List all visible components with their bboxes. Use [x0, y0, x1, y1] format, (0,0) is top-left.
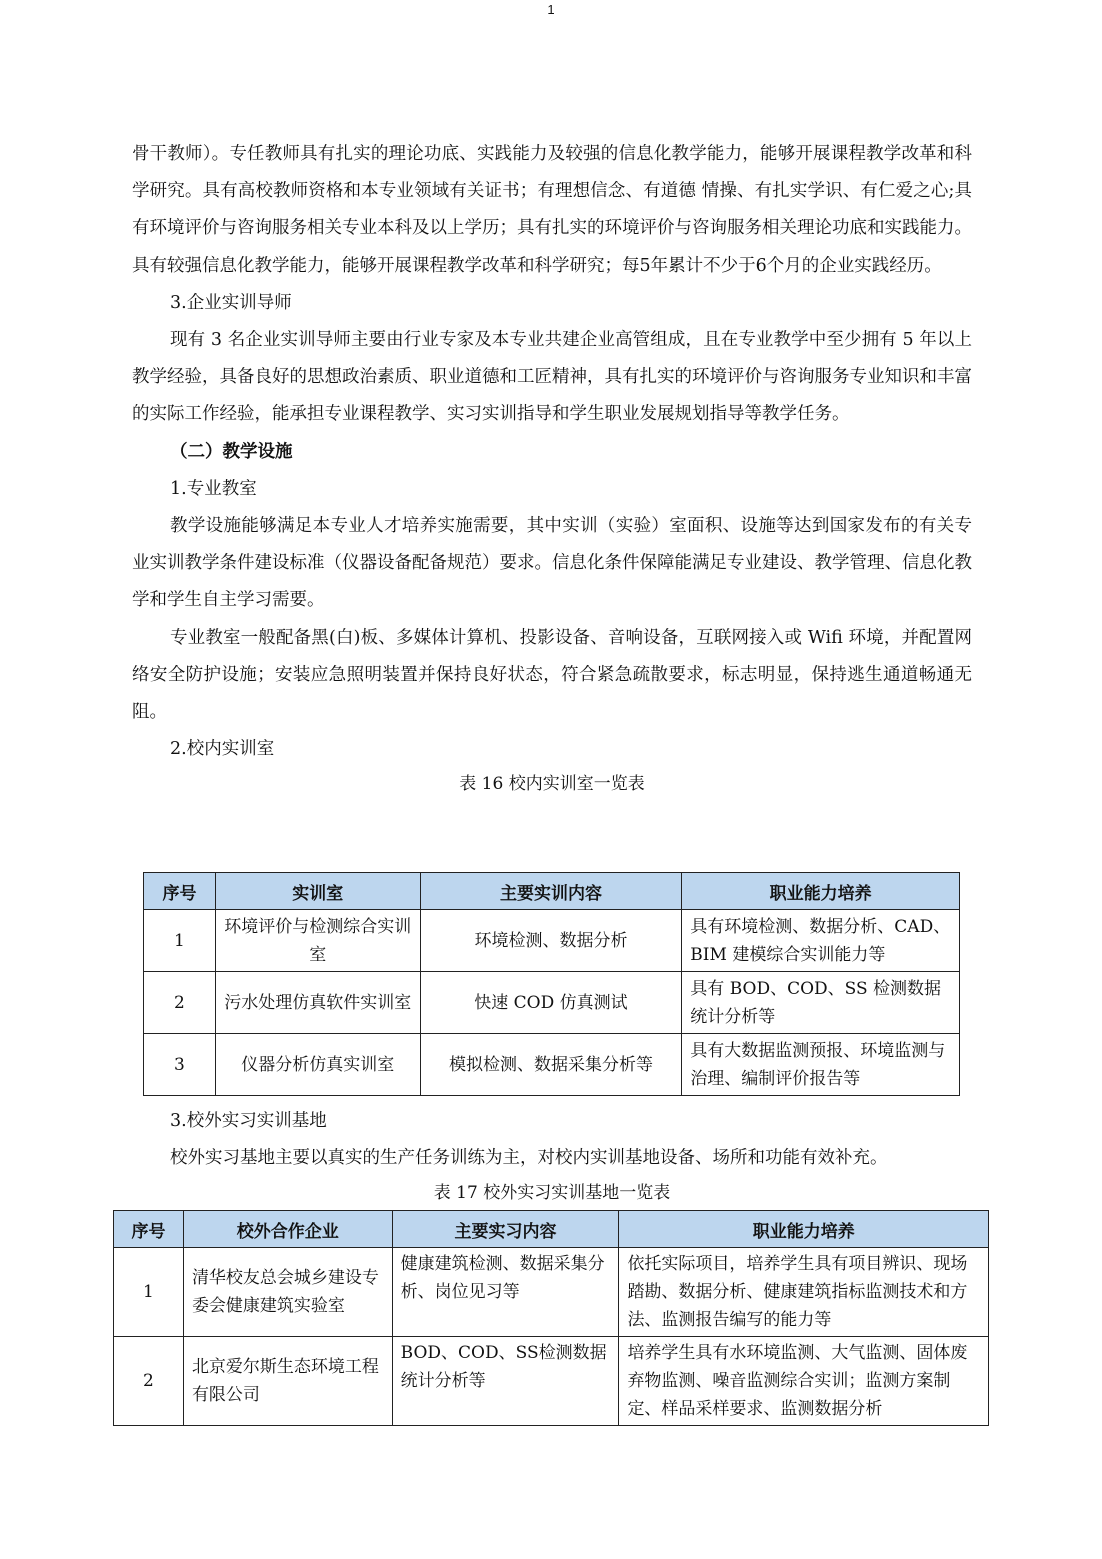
- cell-content: BOD、COD、SS检测数据统计分析等: [392, 1337, 619, 1426]
- table-row: 1 清华校友总会城乡建设专委会健康建筑实验室 健康建筑检测、数据采集分析、岗位见…: [114, 1248, 989, 1337]
- cell-lab: 环境评价与检测综合实训室: [215, 910, 420, 972]
- cell-index: 3: [144, 1034, 216, 1096]
- cell-company: 北京爱尔斯生态环境工程有限公司: [183, 1337, 392, 1426]
- cell-index: 1: [114, 1248, 184, 1337]
- column-header: 校外合作企业: [183, 1211, 392, 1248]
- column-header: 主要实习内容: [392, 1211, 619, 1248]
- paragraph-classroom-equipment: 专业教室一般配备黑(白)板、多媒体计算机、投影设备、音响设备，互联网接入或 Wi…: [132, 620, 972, 732]
- column-header: 序号: [114, 1211, 184, 1248]
- table-oncampus-labs: 序号 实训室 主要实训内容 职业能力培养 1 环境评价与检测综合实训室 环境检测…: [143, 872, 960, 1096]
- column-header: 职业能力培养: [619, 1211, 989, 1248]
- table-row: 2 污水处理仿真软件实训室 快速 COD 仿真测试 具有 BOD、COD、SS …: [144, 972, 960, 1034]
- paragraph-facilities: 教学设施能够满足本专业人才培养实施需要，其中实训（实验）室面积、设施等达到国家发…: [132, 508, 972, 620]
- paragraph-offcampus-base: 校外实习基地主要以真实的生产任务训练为主，对校内实训基地设备、场所和功能有效补充…: [132, 1140, 972, 1177]
- cell-ability: 培养学生具有水环境监测、大气监测、固体废弃物监测、噪音监测综合实训；监测方案制定…: [619, 1337, 989, 1426]
- cell-index: 2: [144, 972, 216, 1034]
- cell-content: 健康建筑检测、数据采集分析、岗位见习等: [392, 1248, 619, 1337]
- cell-ability: 具有环境检测、数据分析、CAD、BIM 建模综合实训能力等: [682, 910, 960, 972]
- table-row: 1 环境评价与检测综合实训室 环境检测、数据分析 具有环境检测、数据分析、CAD…: [144, 910, 960, 972]
- cell-ability: 具有大数据监测预报、环境监测与治理、编制评价报告等: [682, 1034, 960, 1096]
- cell-content: 环境检测、数据分析: [420, 910, 682, 972]
- table-header-row: 序号 校外合作企业 主要实习内容 职业能力培养: [114, 1211, 989, 1248]
- cell-content: 快速 COD 仿真测试: [420, 972, 682, 1034]
- cell-ability: 具有 BOD、COD、SS 检测数据统计分析等: [682, 972, 960, 1034]
- column-header: 职业能力培养: [682, 873, 960, 910]
- table-offcampus-bases: 序号 校外合作企业 主要实习内容 职业能力培养 1 清华校友总会城乡建设专委会健…: [113, 1210, 989, 1426]
- cell-company: 清华校友总会城乡建设专委会健康建筑实验室: [183, 1248, 392, 1337]
- cell-content: 模拟检测、数据采集分析等: [420, 1034, 682, 1096]
- heading-offcampus-base: 3.校外实习实训基地: [132, 1103, 972, 1140]
- paragraph-enterprise-mentors: 现有 3 名企业实训导师主要由行业专家及本专业共建企业高管组成，且在专业教学中至…: [132, 322, 972, 434]
- cell-ability: 依托实际项目，培养学生具有项目辨识、现场踏勘、数据分析、健康建筑指标监测技术和方…: [619, 1248, 989, 1337]
- cell-lab: 仪器分析仿真实训室: [215, 1034, 420, 1096]
- cell-lab: 污水处理仿真软件实训室: [215, 972, 420, 1034]
- document-body-offcampus: 3.校外实习实训基地 校外实习基地主要以真实的生产任务训练为主，对校内实训基地设…: [132, 1103, 972, 1210]
- column-header: 主要实训内容: [420, 873, 682, 910]
- document-body: 骨干教师）。专任教师具有扎实的理论功底、实践能力及较强的信息化教学能力，能够开展…: [132, 136, 972, 801]
- column-header: 序号: [144, 873, 216, 910]
- section-title-teaching-facilities: （二）教学设施: [132, 434, 972, 471]
- table17-caption: 表 17 校外实习实训基地一览表: [132, 1177, 972, 1210]
- column-header: 实训室: [215, 873, 420, 910]
- page-number: 1: [0, 2, 1102, 17]
- table-row: 3 仪器分析仿真实训室 模拟检测、数据采集分析等 具有大数据监测预报、环境监测与…: [144, 1034, 960, 1096]
- table-row: 2 北京爱尔斯生态环境工程有限公司 BOD、COD、SS检测数据统计分析等 培养…: [114, 1337, 989, 1426]
- heading-enterprise-mentors: 3.企业实训导师: [132, 285, 972, 322]
- table16-caption: 表 16 校内实训室一览表: [132, 768, 972, 801]
- cell-index: 1: [144, 910, 216, 972]
- table-header-row: 序号 实训室 主要实训内容 职业能力培养: [144, 873, 960, 910]
- heading-professional-classroom: 1.专业教室: [132, 471, 972, 508]
- cell-index: 2: [114, 1337, 184, 1426]
- heading-oncampus-labs: 2.校内实训室: [132, 731, 972, 768]
- paragraph-teacher-requirements: 骨干教师）。专任教师具有扎实的理论功底、实践能力及较强的信息化教学能力，能够开展…: [132, 136, 972, 285]
